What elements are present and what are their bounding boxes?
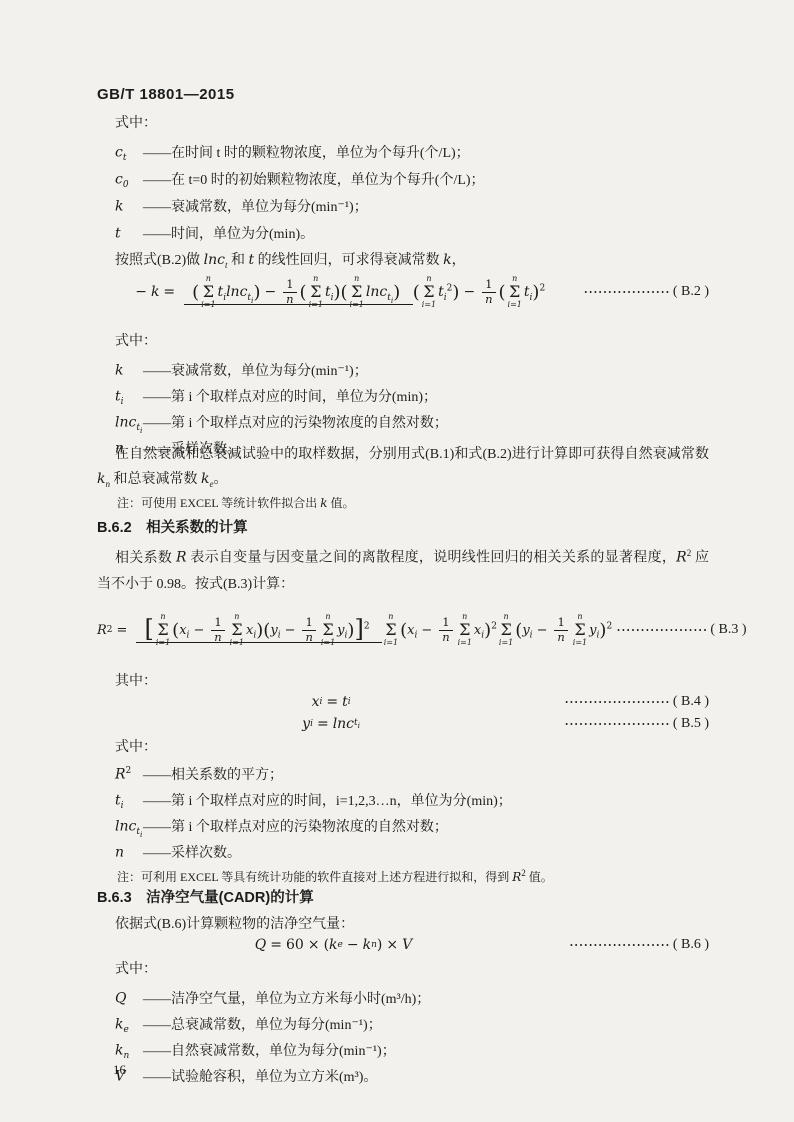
definition-text: ——相关系数的平方；	[143, 763, 283, 789]
formula-b3: R2 = [nΣi=1(xi−1nnΣi=1xi)(yi−1nnΣi=1yi)]…	[97, 594, 709, 666]
definition-text: ——洁净空气量，单位为立方米每小时(m³/h)；	[143, 987, 430, 1013]
definition-text: ——在 t=0 时的初始颗粒物浓度，单位为个每升(个/L)；	[143, 167, 485, 194]
definition-text: ——时间，单位为分(min)。	[143, 221, 314, 248]
dot-leader: •••••••••••••••••••••	[570, 941, 671, 950]
definition-row: ti ——第 i 个取样点对应的时间，单位为分(min)；	[97, 380, 709, 406]
definition-row: lncti ——第 i 个取样点对应的污染物浓度的自然对数；	[97, 810, 709, 836]
paragraph-b62: 相关系数 R 表示自变量与因变量之间的离散程度，说明线性回归的相关关系的显著程度…	[97, 540, 709, 598]
definition-text: ——第 i 个取样点对应的时间，单位为分(min)；	[143, 385, 437, 411]
formula-b2: −k = (nΣi=1tilncti)−1n(nΣi=1ti)(nΣi=1lnc…	[97, 254, 709, 330]
equation-number-b4: ••••••••••••••••••••••( B.4 )	[565, 694, 709, 710]
definition-row: t ——时间，单位为分(min)。	[97, 217, 709, 244]
definition-text: ——在时间 t 时的颗粒物浓度，单位为个每升(个/L)；	[143, 140, 470, 167]
where-label: 式中：	[97, 330, 727, 350]
where-label: 式中：	[97, 112, 727, 132]
section-heading-b62: B.6.2 相关系数的计算	[97, 516, 709, 537]
equation-number-b6: •••••••••••••••••••••( B.6 )	[570, 937, 709, 953]
kn-ke-paragraph: 在自然衰减和总衰减试验中的取样数据，分别用式(B.1)和式(B.2)进行计算即可…	[97, 442, 709, 497]
definition-text: ——总衰减常数，单位为每分(min⁻¹)；	[143, 1013, 382, 1039]
definition-text: ——第 i 个取样点对应的时间，i=1,2,3…n，单位为分(min)；	[143, 789, 512, 815]
note-b62: 注：可利用 EXCEL 等具有统计功能的软件直接对上述方程进行拟和，得到 R2 …	[97, 864, 729, 886]
definition-row: c0 ——在 t=0 时的初始颗粒物浓度，单位为个每升(个/L)；	[97, 163, 709, 190]
definition-text: ——第 i 个取样点对应的污染物浓度的自然对数；	[143, 411, 448, 437]
formula-b6-body: Q=60×(ke−kn)×V	[97, 937, 570, 953]
definition-row: ti ——第 i 个取样点对应的时间，i=1,2,3…n，单位为分(min)；	[97, 784, 709, 810]
definition-row: V ——试验舱容积，单位为立方米(m³)。	[97, 1060, 709, 1086]
among-label: 其中：	[97, 670, 727, 690]
definition-text: ——试验舱容积，单位为立方米(m³)。	[143, 1065, 377, 1091]
formula-b4-body: xi=ti	[97, 694, 565, 710]
equation-number-b2: ••••••••••••••••••( B.2 )	[584, 284, 709, 300]
definition-row: kn ——自然衰减常数，单位为每分(min⁻¹)；	[97, 1034, 709, 1060]
formula-b4: xi=ti ••••••••••••••••••••••( B.4 )	[97, 692, 709, 712]
definition-list-b63: Q ——洁净空气量，单位为立方米每小时(m³/h)； ke ——总衰减常数，单位…	[97, 982, 709, 1086]
note-b2: 注：可使用 EXCEL 等统计软件拟合出 k 值。	[97, 494, 729, 512]
definition-row: lncti ——第 i 个取样点对应的污染物浓度的自然对数；	[97, 406, 709, 432]
page-number: 16	[113, 1062, 126, 1078]
definition-text: ——第 i 个取样点对应的污染物浓度的自然对数；	[143, 815, 448, 841]
definition-row: k ——衰减常数，单位为每分(min⁻¹)；	[97, 190, 709, 217]
equation-number-b3: •••••••••••••••••••( B.3 )	[617, 622, 746, 638]
dot-leader: •••••••••••••••••••	[617, 626, 708, 635]
formula-b2-body: −k = (nΣi=1tilncti)−1n(nΣi=1ti)(nΣi=1lnc…	[97, 275, 584, 309]
where-label: 式中：	[97, 736, 727, 756]
definition-row: Q ——洁净空气量，单位为立方米每小时(m³/h)；	[97, 982, 709, 1008]
definition-text: ——自然衰减常数，单位为每分(min⁻¹)；	[143, 1039, 396, 1065]
dot-leader: ••••••••••••••••••	[584, 288, 670, 297]
document-page: GB/T 18801—2015 式中： ct ——在时间 t 时的颗粒物浓度，单…	[0, 0, 794, 1122]
definition-row: ct ——在时间 t 时的颗粒物浓度，单位为个每升(个/L)；	[97, 136, 709, 163]
section-heading-b63: B.6.3 洁净空气量(CADR)的计算	[97, 886, 709, 907]
equation-number-b5: ••••••••••••••••••••••( B.5 )	[565, 716, 709, 732]
doc-number: GB/T 18801—2015	[97, 86, 709, 103]
definition-text: ——衰减常数，单位为每分(min⁻¹)；	[143, 194, 368, 221]
definition-text: ——采样次数。	[143, 841, 241, 867]
formula-b3-body: R2 = [nΣi=1(xi−1nnΣi=1xi)(yi−1nnΣi=1yi)]…	[97, 613, 617, 647]
formula-b5-body: yi=lncti	[97, 716, 565, 732]
formula-b6: Q=60×(ke−kn)×V •••••••••••••••••••••( B.…	[97, 934, 709, 956]
definition-text: ——衰减常数，单位为每分(min⁻¹)；	[143, 359, 368, 385]
definition-list-b62: R2 ——相关系数的平方； ti ——第 i 个取样点对应的时间，i=1,2,3…	[97, 758, 709, 862]
definition-row: k ——衰减常数，单位为每分(min⁻¹)；	[97, 354, 709, 380]
dot-leader: ••••••••••••••••••••••	[565, 698, 671, 707]
definition-list-intro: ct ——在时间 t 时的颗粒物浓度，单位为个每升(个/L)； c0 ——在 t…	[97, 136, 709, 244]
definition-row: R2 ——相关系数的平方；	[97, 758, 709, 784]
formula-b5: yi=lncti ••••••••••••••••••••••( B.5 )	[97, 714, 709, 734]
dot-leader: ••••••••••••••••••••••	[565, 720, 671, 729]
where-label: 式中：	[97, 958, 727, 978]
